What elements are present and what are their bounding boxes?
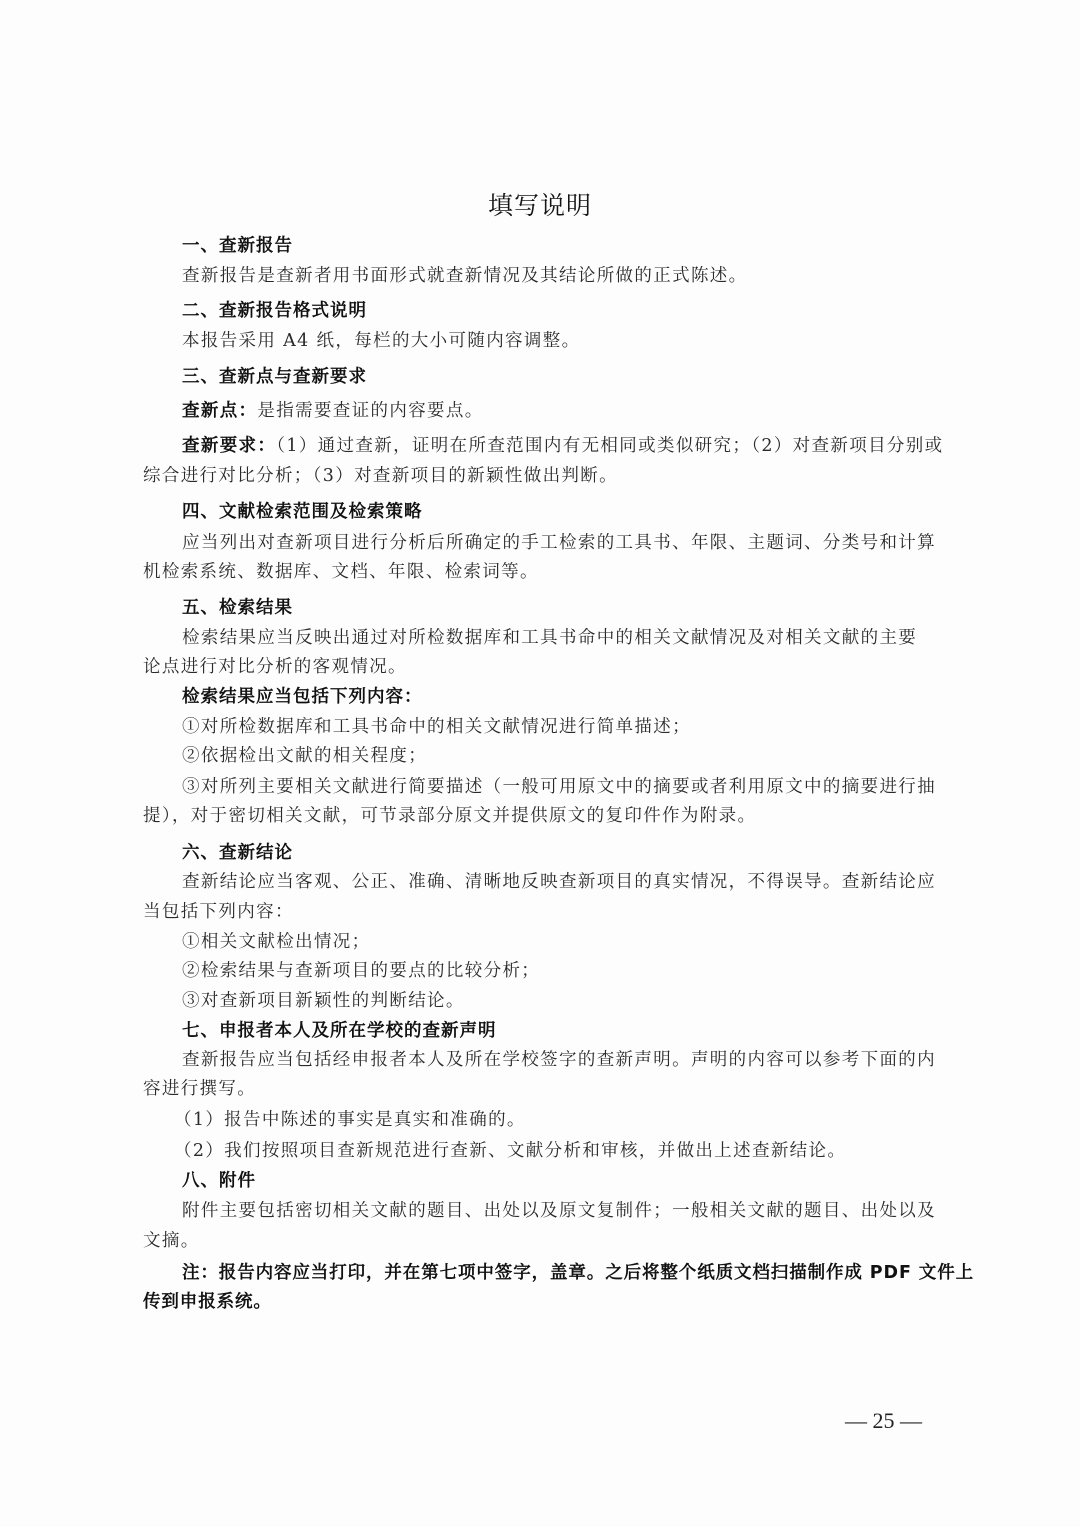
- section-body-line: 本报告采用 A4 纸，每栏的大小可随内容调整。: [182, 327, 939, 355]
- page-title: 填写说明: [0, 188, 1080, 224]
- list-item: ③对查新项目新颖性的判断结论。: [182, 987, 939, 1015]
- section-body-line: 容进行撰写。: [143, 1075, 939, 1103]
- list-item: ②检索结果与查新项目的要点的比较分析；: [182, 957, 939, 985]
- section-heading-attachments: 八、附件: [182, 1167, 939, 1195]
- section-body-line: 查新报告应当包括经申报者本人及所在学校签字的查新声明。声明的内容可以参考下面的内: [182, 1046, 939, 1074]
- section-body-line: 查新报告是查新者用书面形式就查新情况及其结论所做的正式陈述。: [182, 262, 939, 290]
- novelty-point-line: 查新点：是指需要查证的内容要点。: [182, 397, 939, 425]
- list-item: ③对所列主要相关文献进行简要描述（一般可用原文中的摘要或者利用原文中的摘要进行抽: [182, 773, 939, 801]
- section-heading-search-scope: 四、文献检索范围及检索策略: [182, 498, 939, 526]
- novelty-requirement-label: 查新要求：: [182, 436, 276, 456]
- section-body-line: 论点进行对比分析的客观情况。: [143, 653, 939, 681]
- section-body-line: 机检索系统、数据库、文档、年限、检索词等。: [143, 558, 939, 586]
- list-item: （1）报告中陈述的事实是真实和准确的。: [174, 1106, 931, 1134]
- section-heading-points: 三、查新点与查新要求: [182, 363, 939, 391]
- section-heading-format: 二、查新报告格式说明: [182, 297, 939, 325]
- list-item: ①对所检数据库和工具书命中的相关文献情况进行简单描述；: [182, 713, 939, 741]
- page-number: — 25 —: [845, 1407, 945, 1435]
- section-body-line: 当包括下列内容：: [143, 898, 939, 926]
- note-line: 传到申报系统。: [143, 1288, 939, 1316]
- section-heading-search-results: 五、检索结果: [182, 594, 939, 622]
- section-body-line: 综合进行对比分析；（3）对查新项目的新颖性做出判断。: [143, 462, 939, 490]
- novelty-requirement-text: （1）通过查新，证明在所查范围内有无相同或类似研究；（2）对查新项目分别或: [276, 436, 943, 456]
- list-item-continuation: 提），对于密切相关文献，可节录部分原文并提供原文的复印件作为附录。: [143, 802, 939, 830]
- section-body-line: 附件主要包括密切相关文献的题目、出处以及原文复制件；一般相关文献的题目、出处以及: [182, 1197, 939, 1225]
- section-body-line: 查新结论应当客观、公正、准确、清晰地反映查新项目的真实情况，不得误导。查新结论应: [182, 868, 939, 896]
- note-line: 注：报告内容应当打印，并在第七项中签字，盖章。之后将整个纸质文档扫描制作成 PD…: [182, 1259, 939, 1287]
- section-heading-conclusion: 六、查新结论: [182, 839, 939, 867]
- list-item: （2）我们按照项目查新规范进行查新、文献分析和审核，并做出上述查新结论。: [174, 1137, 931, 1165]
- section-body-line: 应当列出对查新项目进行分析后所确定的手工检索的工具书、年限、主题词、分类号和计算: [182, 529, 939, 557]
- section-body-line: 检索结果应当反映出通过对所检数据库和工具书命中的相关文献情况及对相关文献的主要: [182, 624, 939, 652]
- section-heading-report: 一、查新报告: [182, 232, 939, 260]
- novelty-point-label: 查新点：: [182, 401, 257, 421]
- list-item: ①相关文献检出情况；: [182, 928, 939, 956]
- section-heading-declaration: 七、申报者本人及所在学校的查新声明: [182, 1017, 939, 1045]
- novelty-point-text: 是指需要查证的内容要点。: [257, 401, 483, 421]
- novelty-requirement-line: 查新要求：（1）通过查新，证明在所查范围内有无相同或类似研究；（2）对查新项目分…: [182, 432, 939, 460]
- section-body-line: 文摘。: [143, 1227, 939, 1255]
- list-item: ②依据检出文献的相关程度；: [182, 742, 939, 770]
- document-page: 填写说明 一、查新报告 查新报告是查新者用书面形式就查新情况及其结论所做的正式陈…: [0, 0, 1080, 1527]
- subheading-results-contents: 检索结果应当包括下列内容：: [182, 683, 939, 711]
